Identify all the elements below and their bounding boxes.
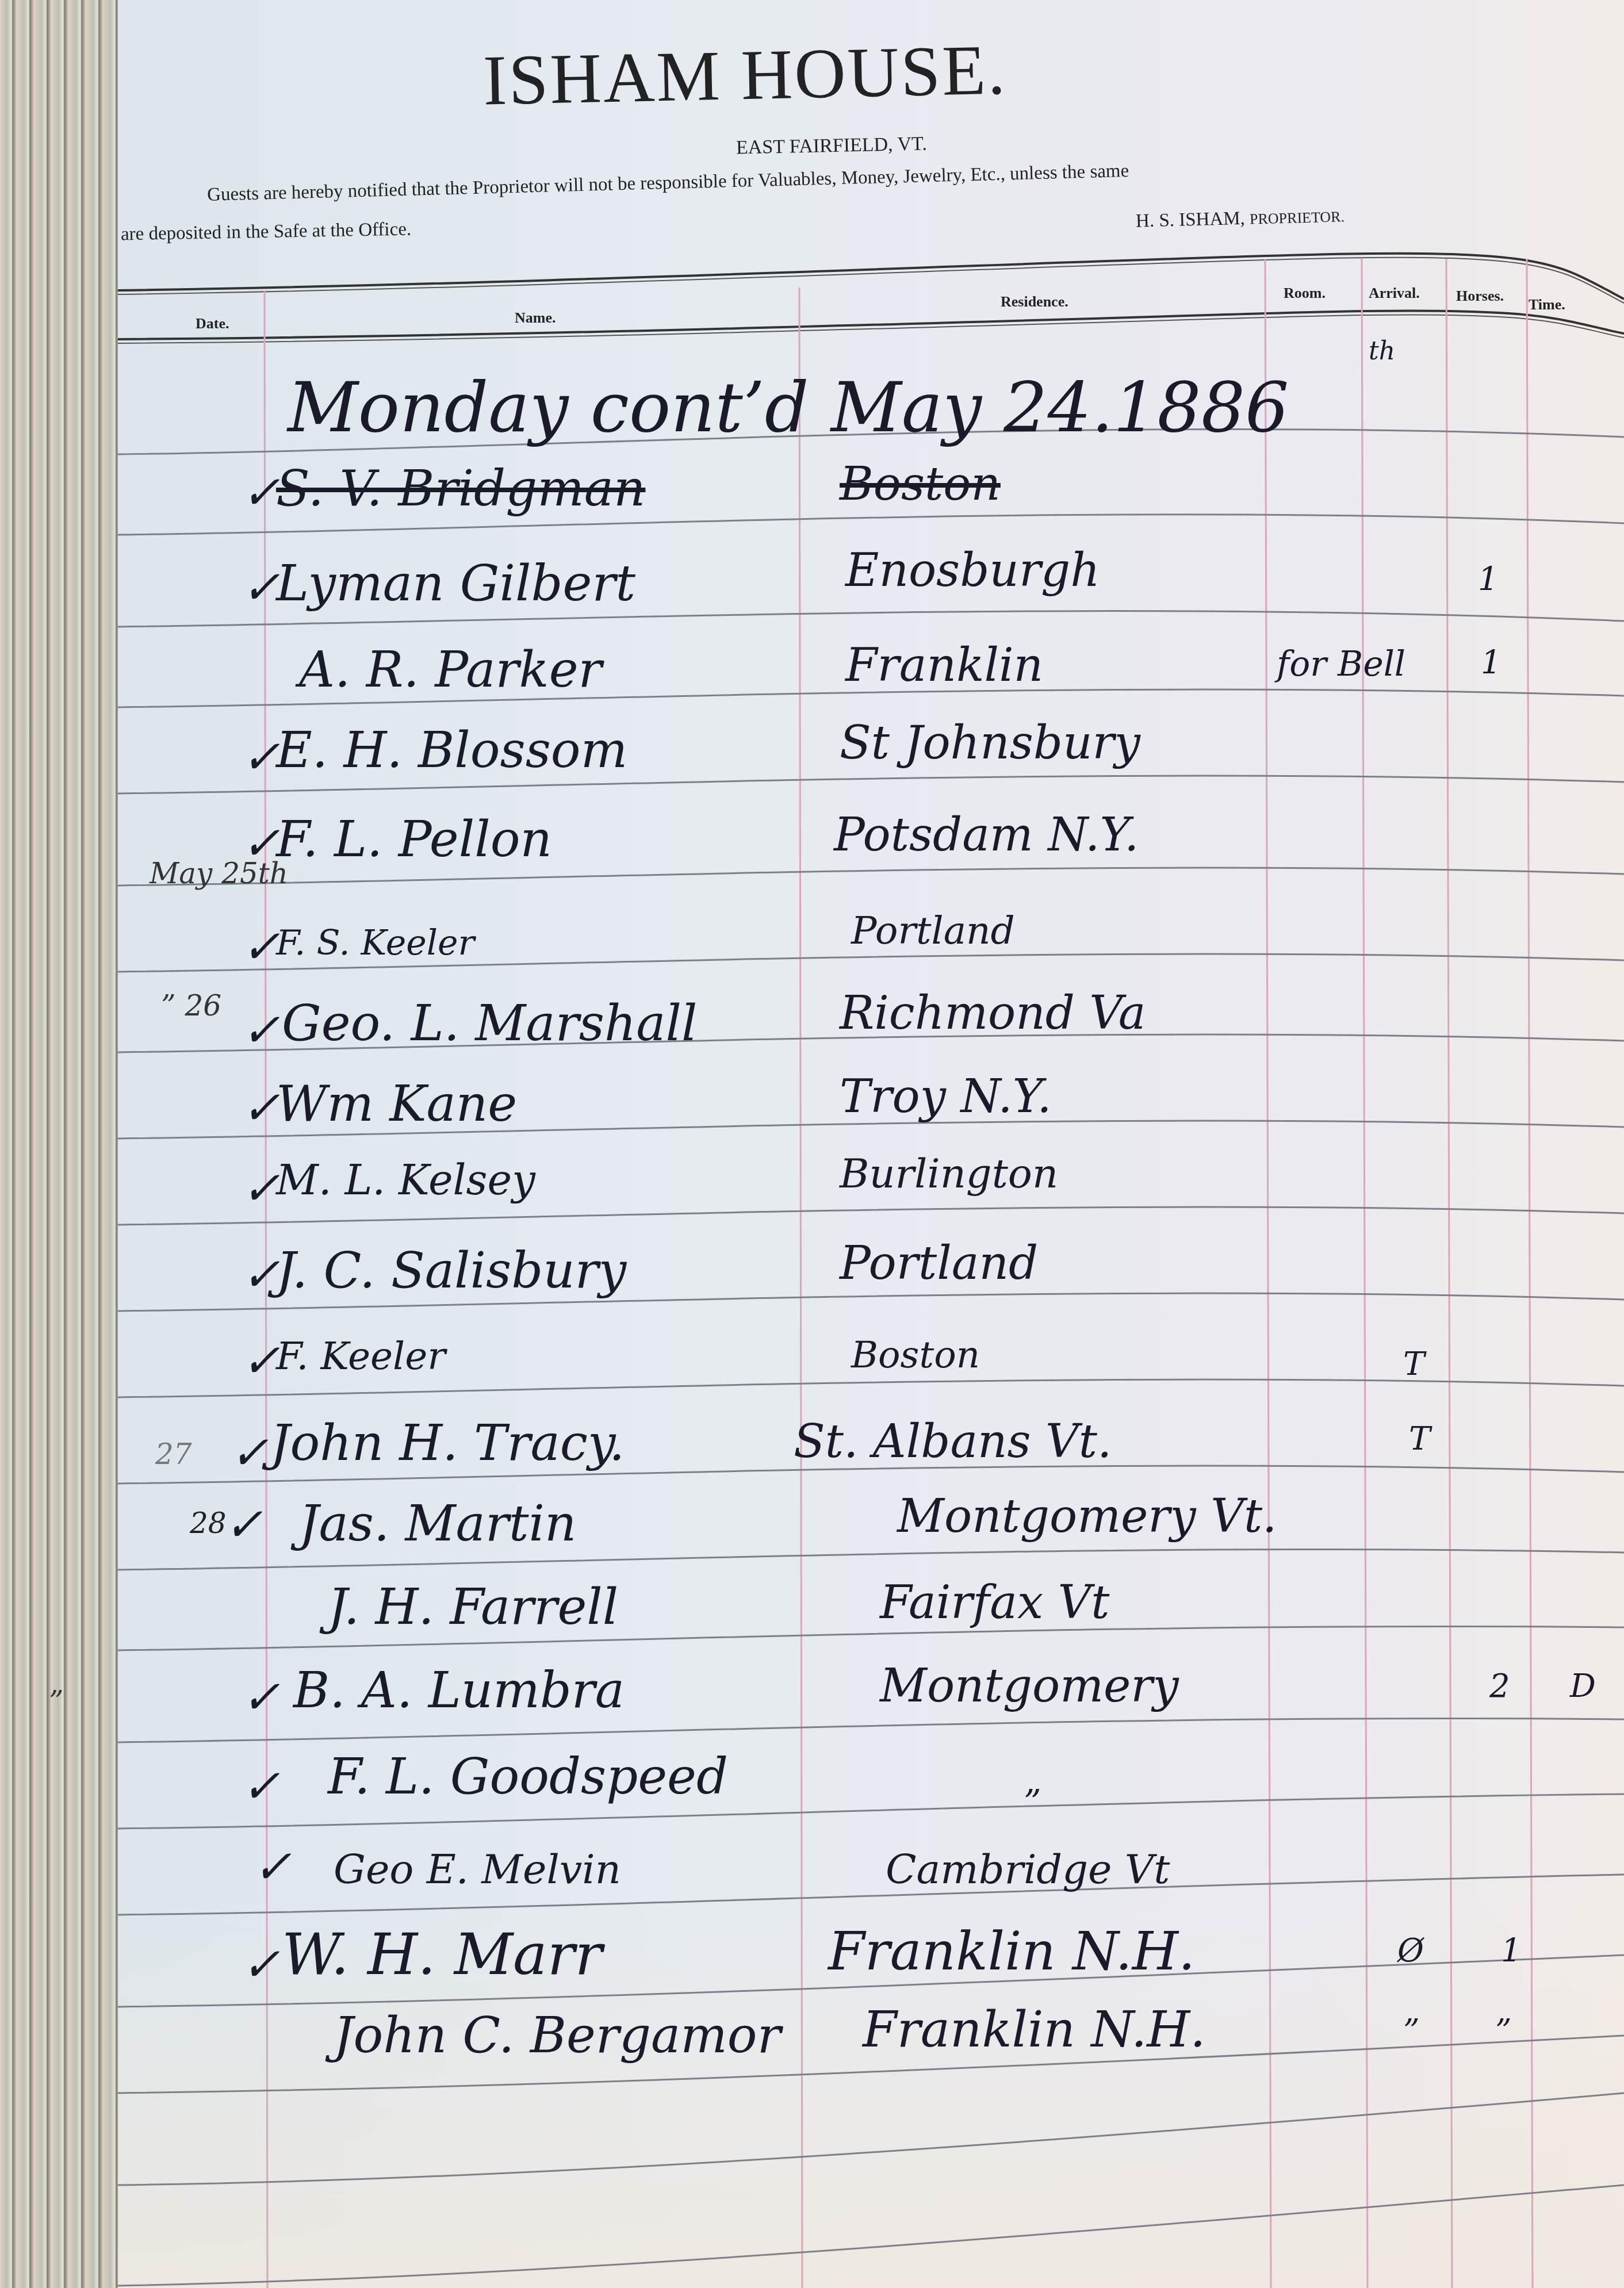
guest-residence: ” <box>1024 1783 1041 1823</box>
column-header-arrival: Arrival. <box>1369 285 1420 302</box>
guest-residence: Potsdam N.Y. <box>834 808 1139 861</box>
guest-residence: Montgomery <box>880 1659 1179 1712</box>
margin-date: ” <box>49 1685 64 1718</box>
checkmark: ✓ <box>242 817 280 870</box>
guest-residence: Richmond Va <box>840 986 1146 1040</box>
column-header-horses: Horses. <box>1456 288 1504 305</box>
guest-name: F. S. Keeler <box>276 923 474 963</box>
arrival-value: Ø <box>1397 1932 1424 1969</box>
checkmark: ✓ <box>242 730 280 784</box>
arrival-value: T <box>1403 1346 1424 1383</box>
checkmark: ✓ <box>253 1840 292 1894</box>
guest-name: B. A. Lumbra <box>293 1662 625 1719</box>
margin-date: 28 <box>190 1507 227 1540</box>
guest-name: J. C. Salisbury <box>276 1242 626 1300</box>
arrival-value: T <box>1409 1420 1430 1458</box>
guest-name: Geo E. Melvin <box>334 1846 621 1893</box>
guest-residence: Montgomery Vt. <box>897 1489 1277 1543</box>
guest-residence: Cambridge Vt <box>886 1846 1170 1893</box>
checkmark: ✓ <box>242 1938 280 1991</box>
horses-value: 1 <box>1481 644 1502 681</box>
guest-residence: Franklin N.H. <box>828 1921 1195 1982</box>
horses-value: 1 <box>1478 561 1499 598</box>
checkmark: ✓ <box>242 1162 280 1215</box>
guest-name: S. V. Bridgman <box>276 460 645 518</box>
checkmark: ✓ <box>224 1498 263 1551</box>
checkmark: ✓ <box>242 1670 280 1724</box>
guest-name: Geo. L. Marshall <box>282 995 698 1052</box>
horses-value: ” <box>1495 2013 1512 2050</box>
guest-residence: Enosburgh <box>845 543 1100 597</box>
date-superscript: th <box>1369 336 1395 366</box>
guest-name: F. L. Pellon <box>276 811 552 868</box>
guest-name: F. L. Goodspeed <box>328 1748 728 1806</box>
guest-name: Lyman Gilbert <box>276 555 635 612</box>
checkmark: ✓ <box>242 1081 280 1135</box>
guest-residence: Franklin <box>845 638 1043 692</box>
checkmark: ✓ <box>242 1248 280 1301</box>
guest-residence: Franklin N.H. <box>863 2001 1206 2059</box>
guest-name: J. H. Farrell <box>328 1578 618 1636</box>
checkmark: ✓ <box>242 1760 280 1813</box>
date-heading-text: Monday cont’d May 24.1886 <box>288 368 1289 448</box>
horses-value: 2 <box>1489 1668 1510 1705</box>
column-header-name: Name. <box>515 309 556 327</box>
guest-residence: Troy N.Y. <box>840 1070 1052 1123</box>
guest-residence: Boston <box>851 1334 980 1377</box>
guest-name: Jas. Martin <box>299 1495 576 1553</box>
column-header-date: Date. <box>196 315 229 332</box>
guest-residence: Portland <box>840 1236 1038 1290</box>
checkmark: ✓ <box>242 561 280 614</box>
checkmark: ✓ <box>242 1003 280 1057</box>
guest-name: F. Keeler <box>276 1334 446 1378</box>
guest-name: W. H. Marr <box>282 1921 602 1988</box>
margin-date: ” 26 <box>161 989 221 1022</box>
column-header-residence: Residence. <box>1001 293 1068 311</box>
guest-residence: Fairfax Vt <box>880 1576 1109 1629</box>
date-heading: Monday cont’d May 24.1886 <box>288 368 1289 448</box>
checkmark: ✓ <box>230 1426 269 1480</box>
guest-residence: Portland <box>851 909 1015 953</box>
horses-value: 1 <box>1501 1932 1522 1969</box>
checkmark: ✓ <box>242 466 280 519</box>
guest-residence: Boston <box>840 457 1001 511</box>
guest-residence: St Johnsbury <box>840 716 1140 769</box>
guest-name: John H. Tracy. <box>270 1415 625 1472</box>
guest-name: M. L. Kelsey <box>276 1156 535 1204</box>
column-header-room: Room. <box>1284 285 1326 302</box>
arrival-value: ” <box>1403 2013 1420 2050</box>
column-header-time: Time. <box>1529 296 1565 313</box>
room-note: for Bell <box>1277 644 1405 684</box>
guest-residence: Burlington <box>840 1150 1058 1197</box>
guest-residence: St. Albans Vt. <box>794 1415 1112 1468</box>
margin-date: 27 <box>155 1438 192 1471</box>
checkmark: ✓ <box>242 1334 280 1388</box>
guest-name: Wm Kane <box>276 1075 517 1133</box>
time-value: D <box>1570 1668 1596 1705</box>
checkmark: ✓ <box>242 920 280 974</box>
guest-name: E. H. Blossom <box>276 722 627 779</box>
guest-name: John C. Bergamor <box>334 2007 781 2064</box>
guest-name: A. R. Parker <box>299 641 602 699</box>
